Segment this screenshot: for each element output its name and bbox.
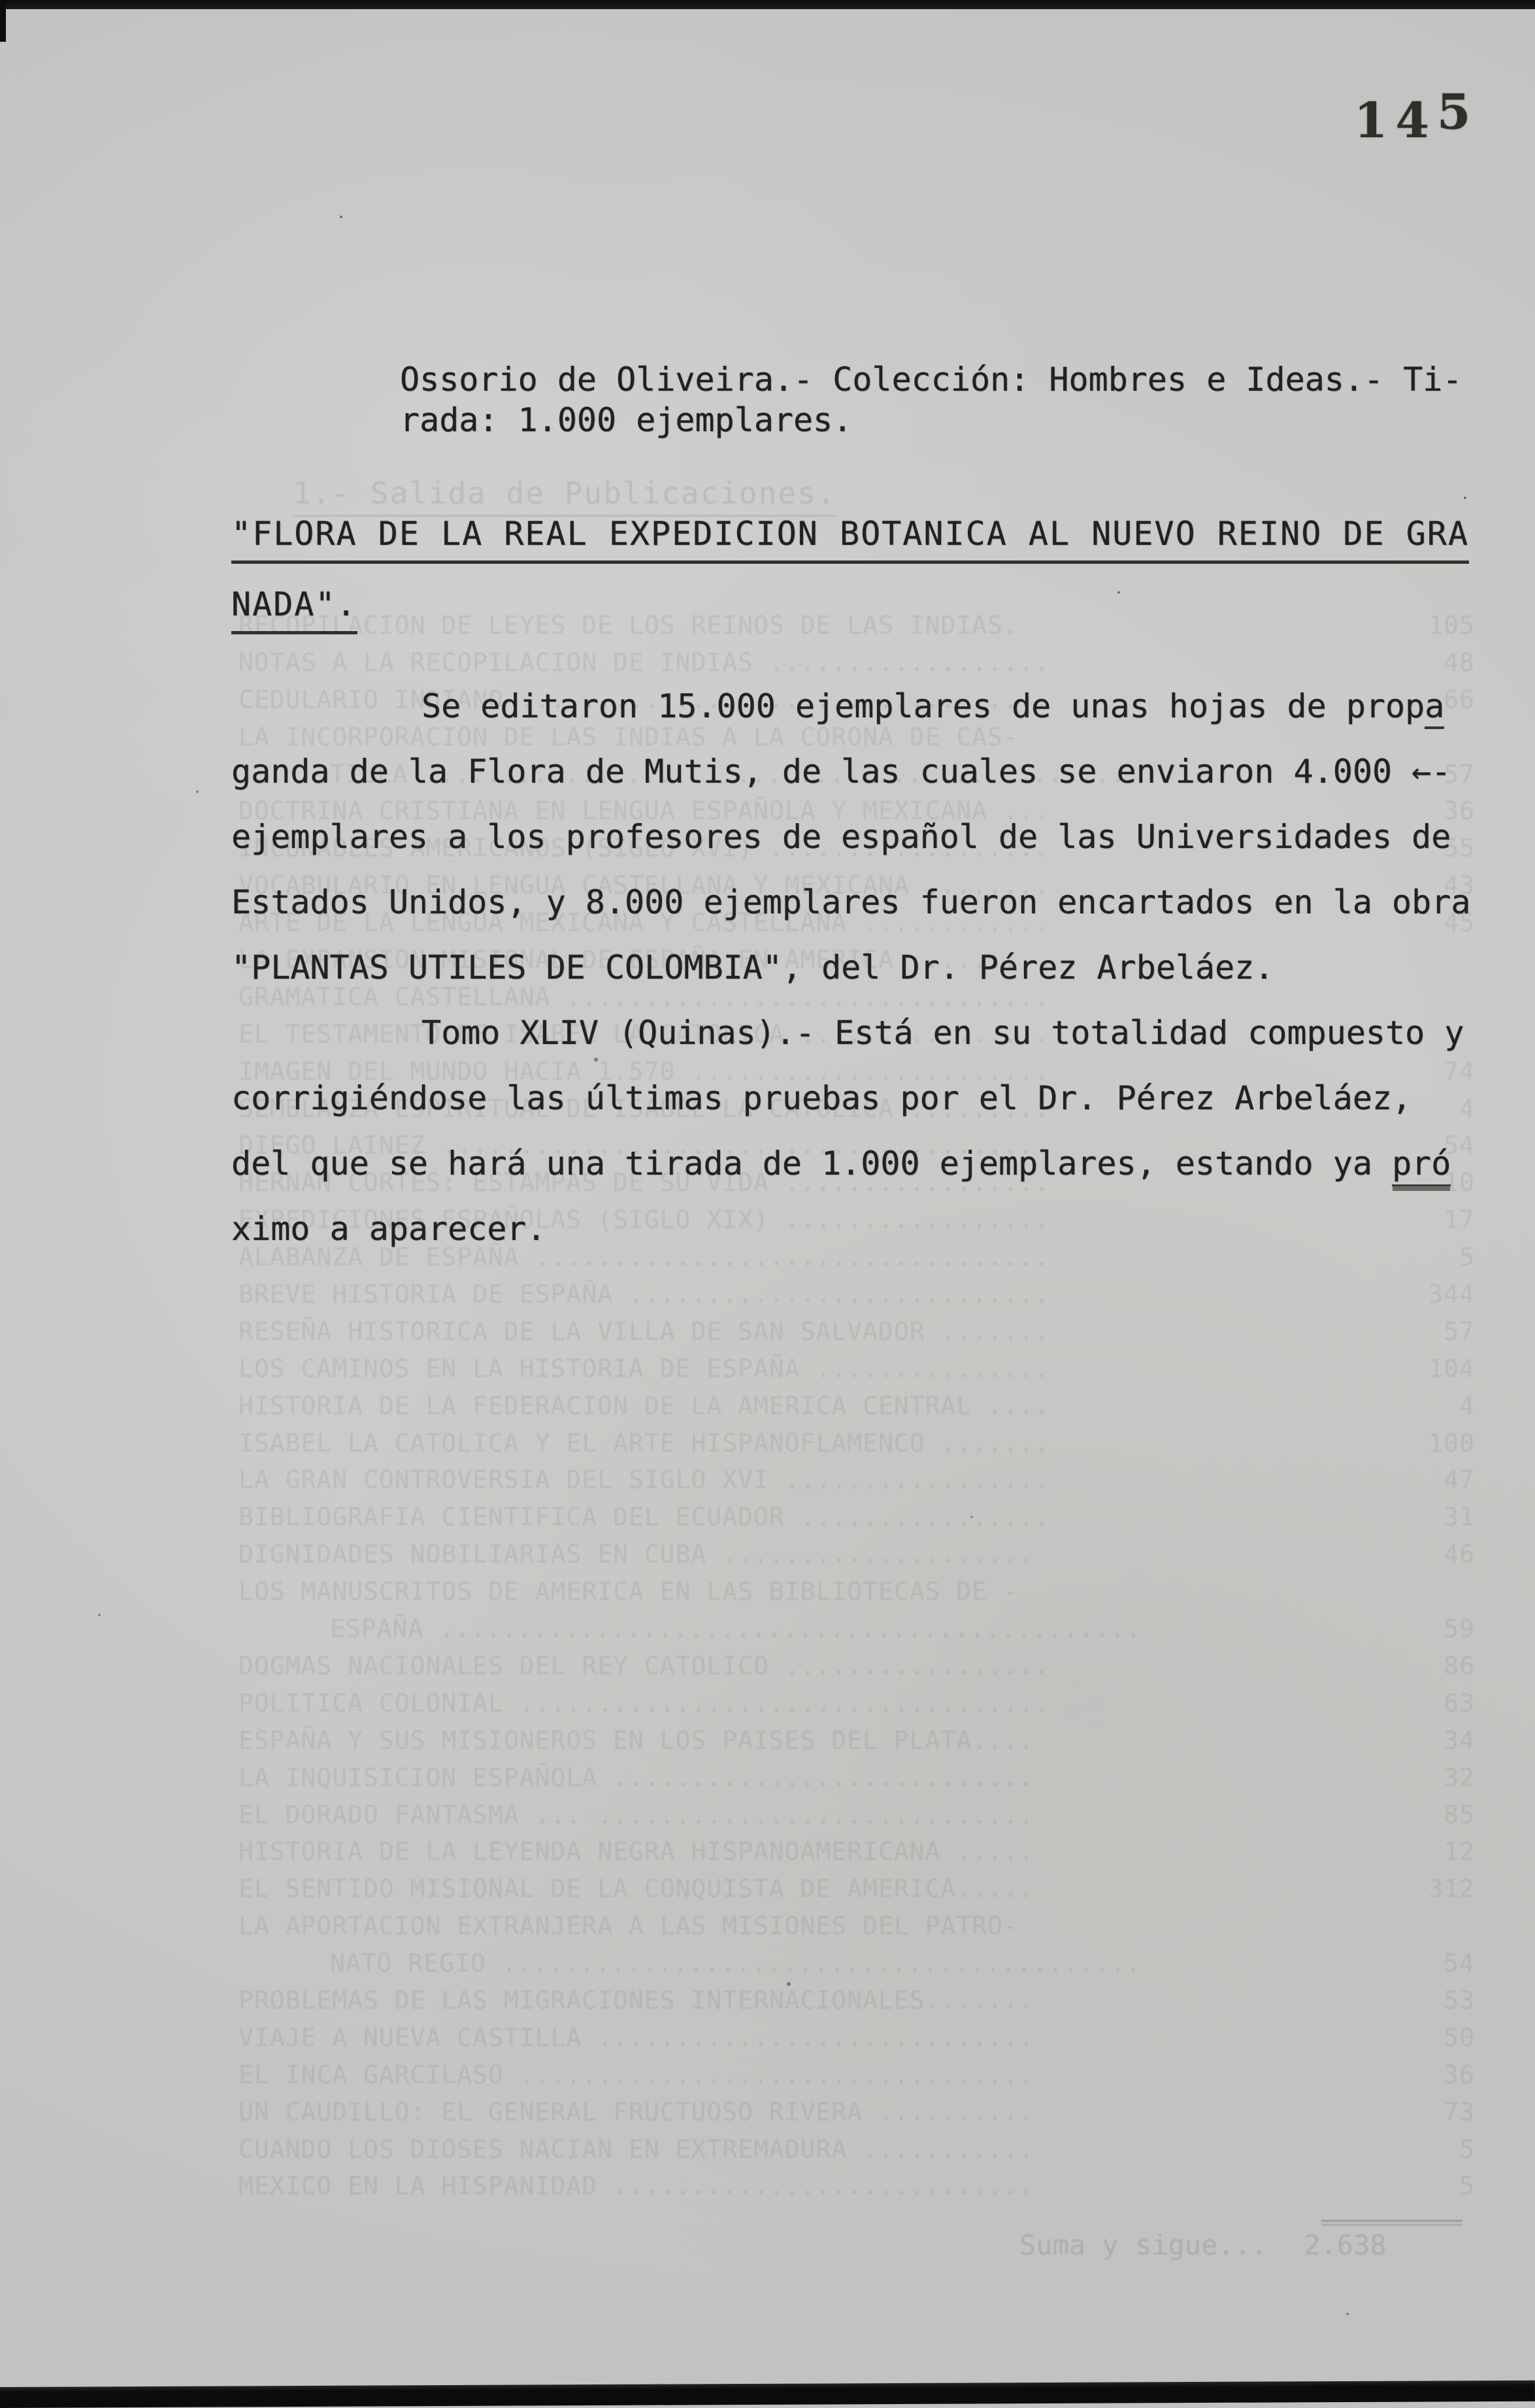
scanned-document-page: 145 1.- Salida de Publicaciones. RECOPIL… bbox=[0, 0, 1535, 2408]
intro-line: rada: 1.000 ejemplares. bbox=[400, 404, 852, 436]
paragraph-text: del que se hará una tirada de 1.000 ejem… bbox=[231, 1145, 1392, 1182]
paragraph-text: Se editaron 15.000 ejemplares de unas ho… bbox=[421, 687, 1425, 725]
paragraph-line: ganda de la Flora de Mutis, de las cuale… bbox=[231, 755, 1451, 788]
paragraph-line: del que se hará una tirada de 1.000 ejem… bbox=[231, 1147, 1451, 1180]
hyphenation-underlined-syllable: pró bbox=[1392, 1145, 1451, 1186]
paragraph-line: "PLANTAS UTILES DE COLOMBIA", del Dr. Pé… bbox=[231, 951, 1274, 984]
paragraph-line: Tomo XLIV (Quinas).- Está en su totalida… bbox=[421, 1017, 1464, 1049]
paragraph-line: Estados Unidos, y 8.000 ejemplares fuero… bbox=[231, 886, 1470, 919]
document-title-line: NADA". bbox=[231, 588, 357, 634]
intro-line: Ossorio de Oliveira.- Colección: Hombres… bbox=[400, 363, 1462, 396]
hyphenation-underlined-syllable: a bbox=[1425, 687, 1444, 729]
paragraph-line: corrigiéndose las últimas pruebas por el… bbox=[231, 1082, 1411, 1115]
paragraph-line: ximo a aparecer. bbox=[231, 1212, 546, 1245]
paragraph-line: Se editaron 15.000 ejemplares de unas ho… bbox=[421, 690, 1444, 723]
typed-text-layer: Ossorio de Oliveira.- Colección: Hombres… bbox=[0, 0, 1535, 2408]
paragraph-line: ejemplares a los profesores de español d… bbox=[231, 821, 1451, 853]
document-title-line: "FLORA DE LA REAL EXPEDICION BOTANICA AL… bbox=[231, 517, 1469, 564]
